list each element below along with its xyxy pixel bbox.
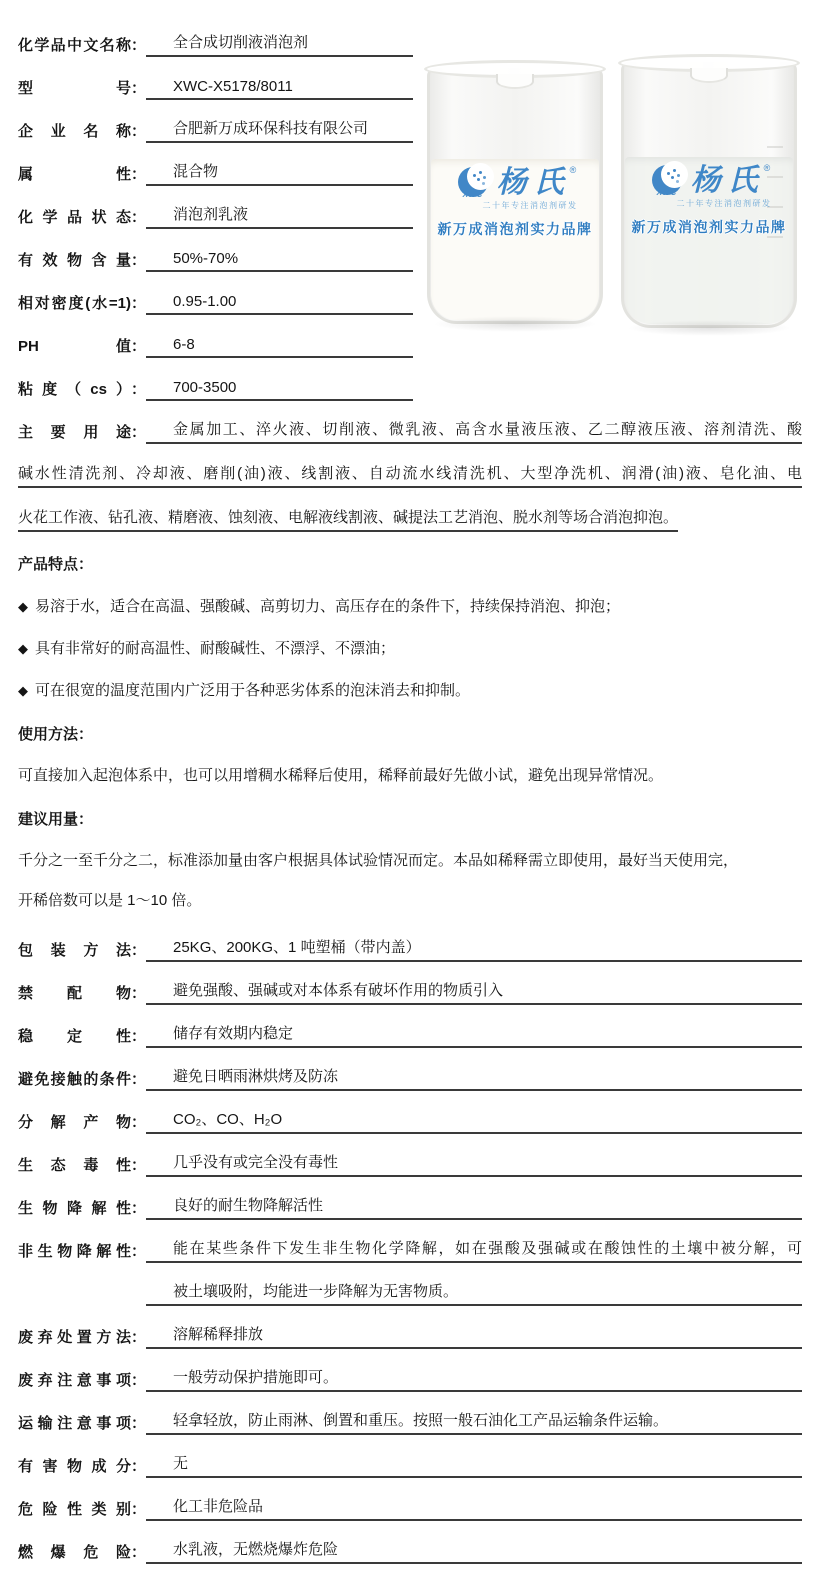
field-value: CO₂、CO、H₂O [146,1108,802,1134]
field-value: 全合成切削液消泡剂 [146,31,413,57]
field-label: 化学品状态： [18,206,146,229]
label-colon: ： [131,120,146,141]
beaker-spout-icon [690,68,728,83]
label-colon: ： [131,1455,146,1476]
field-label: 型号： [18,77,146,100]
field-label: 相对密度(水=1)： [18,292,146,315]
label-colon: ： [131,1412,146,1433]
field-value: 轻拿轻放，防止雨淋、倒置和重压。按照一般石油化工产品运输条件运输。 [146,1409,802,1435]
brand-logo: XWC 杨氏 ® 二十年专注消泡剂研发 新万成消泡剂实力品牌 [621,165,797,237]
label-colon: ： [131,1068,146,1089]
field-value: 一般劳动保护措施即可。 [146,1366,802,1392]
field-value: 0.95-1.00 [146,293,413,315]
field-label: 危险性类别： [18,1498,146,1521]
field-value: 储存有效期内稳定 [146,1022,802,1048]
field-value: 50%-70% [146,250,413,272]
field-row: 化学品状态：消泡剂乳液 [18,186,413,229]
field-row-nonbio-cont: 被土壤吸附，均能进一步降解为无害物质。 [18,1263,802,1306]
section-heading-features: 产品特点： [18,554,802,576]
field-row: 粘度（cs）：700-3500 [18,358,413,401]
field-label: 属性： [18,163,146,186]
field-row: 运输注意事项：轻拿轻放，防止雨淋、倒置和重压。按照一般石油化工产品运输条件运输。 [18,1392,802,1435]
field-label: 企业名称： [18,120,146,143]
field-row: 废弃处置方法：溶解稀释排放 [18,1306,802,1349]
label-colon: ： [131,249,146,270]
brand-tagline-small: 二十年专注消泡剂研发 [651,198,797,209]
field-value: 700-3500 [146,379,413,401]
brand-tagline-main: 新万成消泡剂实力品牌 [427,219,603,239]
beaker-right-clear: XWC 杨氏 ® 二十年专注消泡剂研发 新万成消泡剂实力品牌 [621,56,797,328]
diamond-bullet-icon: ◆ [18,680,28,702]
field-value: 消泡剂乳液 [146,203,413,229]
field-label: 避免接触的条件： [18,1068,146,1091]
field-row: 避免接触的条件：避免日晒雨淋烘烤及防冻 [18,1048,802,1091]
field-value: 被土壤吸附，均能进一步降解为无害物质。 [146,1280,802,1306]
field-row: 型号：XWC-X5178/8011 [18,57,413,100]
brand-logo: XWC 杨氏 ® 二十年专注消泡剂研发 新万成消泡剂实力品牌 [427,167,603,239]
crescent-moon-icon: XWC [454,167,492,199]
field-value: 能在某些条件下发生非生物化学降解，如在强酸及强碱或在酸蚀性的土壤中被分解，可 [146,1237,802,1263]
field-row: 有害物成分：无 [18,1435,802,1478]
label-colon: ： [131,982,146,1003]
feature-text: 易溶于水，适合在高温、强酸碱、高剪切力、高压存在的条件下，持续保持消泡、抑泡； [35,596,620,618]
brand-tagline-small: 二十年专注消泡剂研发 [457,200,603,211]
product-photo-area: XWC 杨氏 ® 二十年专注消泡剂研发 新万成消泡剂实力品牌 [413,14,802,401]
field-row: 生物降解性：良好的耐生物降解活性 [18,1177,802,1220]
field-row: 燃爆危险：水乳液，无燃烧爆炸危险 [18,1521,802,1564]
brand-name: 杨氏 [497,168,571,198]
label-colon: ： [131,1154,146,1175]
main-use-wrap-line: 火花工作液、钻孔液、精磨液、蚀刻液、电解液线割液、碱提法工艺消泡、脱水剂等场合消… [18,488,802,532]
label-colon: ： [131,1111,146,1132]
field-value: 无 [146,1452,802,1478]
brand-tagline-main: 新万成消泡剂实力品牌 [621,217,797,237]
field-row: 稳定性：储存有效期内稳定 [18,1005,802,1048]
field-label: 废弃注意事项： [18,1369,146,1392]
label-colon: ： [131,1326,146,1347]
field-value: 金属加工、淬火液、切削液、微乳液、高含水量液压液、乙二醇液压液、溶剂清洗、酸 [146,418,802,444]
label-colon: ： [131,939,146,960]
dosage-paragraph-line: 开稀倍数可以是 1～10 倍。 [18,890,802,912]
label-colon: ： [131,1369,146,1390]
field-row: 禁配物：避免强酸、强碱或对本体系有破坏作用的物质引入 [18,962,802,1005]
field-row: 生态毒性：几乎没有或完全没有毒性 [18,1134,802,1177]
field-row: 危险性类别：化工非危险品 [18,1478,802,1521]
dosage-paragraph-line: 千分之一至千分之二，标准添加量由客户根据具体试验情况而定。本品如稀释需立即使用，… [18,850,802,872]
field-row: PH值：6-8 [18,315,413,358]
field-value: 溶解稀释排放 [146,1323,802,1349]
field-row: 相对密度(水=1)：0.95-1.00 [18,272,413,315]
top-fields: 化学品中文名称：全合成切削液消泡剂型号：XWC-X5178/8011企业名称：合… [18,14,413,401]
crescent-moon-icon: XWC [648,165,686,197]
section-heading-dosage: 建议用量： [18,809,802,831]
label-colon: ： [131,378,146,399]
label-colon: ： [131,421,146,442]
label-colon: ： [131,1541,146,1562]
field-value: 避免强酸、强碱或对本体系有破坏作用的物质引入 [146,979,802,1005]
registered-mark: ® [764,163,771,173]
field-label: 分解产物： [18,1111,146,1134]
feature-item: ◆具有非常好的耐高温性、耐酸碱性、不漂浮、不漂油； [18,638,802,660]
label-colon: ： [131,1240,146,1261]
section-heading-usage: 使用方法： [18,724,802,746]
label-colon: ： [131,1025,146,1046]
product-datasheet: 化学品中文名称：全合成切削液消泡剂型号：XWC-X5178/8011企业名称：合… [0,0,830,1564]
field-label: 生态毒性： [18,1154,146,1177]
field-row: 废弃注意事项：一般劳动保护措施即可。 [18,1349,802,1392]
field-value: 25KG、200KG、1 吨塑桶（带内盖） [146,936,802,962]
label-colon: ： [131,34,146,55]
field-value: 6-8 [146,336,413,358]
field-row: 企业名称：合肥新万成环保科技有限公司 [18,100,413,143]
field-row: 属性：混合物 [18,143,413,186]
label-colon: ： [131,292,146,313]
registered-mark: ® [570,165,577,175]
feature-item: ◆易溶于水，适合在高温、强酸碱、高剪切力、高压存在的条件下，持续保持消泡、抑泡； [18,596,802,618]
main-use-wrap-line: 碱水性清洗剂、冷却液、磨削(油)液、线割液、自动流水线清洗机、大型净洗机、润滑(… [18,444,802,488]
field-row-main-use: 主要用途： 金属加工、淬火液、切削液、微乳液、高含水量液压液、乙二醇液压液、溶剂… [18,401,802,444]
diamond-bullet-icon: ◆ [18,638,28,660]
field-value: 合肥新万成环保科技有限公司 [146,117,413,143]
label-colon: ： [131,1197,146,1218]
top-section: 化学品中文名称：全合成切削液消泡剂型号：XWC-X5178/8011企业名称：合… [18,14,802,401]
field-value: 良好的耐生物降解活性 [146,1194,802,1220]
label-colon: ： [131,335,146,356]
field-row-nonbio: 非生物降解性： 能在某些条件下发生非生物化学降解，如在强酸及强碱或在酸蚀性的土壤… [18,1220,802,1263]
feature-text: 具有非常好的耐高温性、耐酸碱性、不漂浮、不漂油； [35,638,395,660]
field-value: XWC-X5178/8011 [146,78,413,100]
field-label: 稳定性： [18,1025,146,1048]
field-value: 避免日晒雨淋烘烤及防冻 [146,1065,802,1091]
label-colon: ： [131,1498,146,1519]
bubble-dots-icon [473,174,476,177]
label-colon: ： [131,77,146,98]
field-row: 有效物含量：50%-70% [18,229,413,272]
bubble-dots-icon [667,172,670,175]
beaker-spout-icon [496,74,534,89]
field-row: 包装方法：25KG、200KG、1 吨塑桶（带内盖） [18,919,802,962]
field-value: 几乎没有或完全没有毒性 [146,1151,802,1177]
feature-text: 可在很宽的温度范围内广泛用于各种恶劣体系的泡沫消去和抑制。 [35,680,470,702]
field-label: 有效物含量： [18,249,146,272]
field-label: 燃爆危险： [18,1541,146,1564]
feature-list: ◆易溶于水，适合在高温、强酸碱、高剪切力、高压存在的条件下，持续保持消泡、抑泡；… [18,596,802,702]
field-label: 化学品中文名称： [18,34,146,57]
field-row: 分解产物：CO₂、CO、H₂O [18,1091,802,1134]
label-colon: ： [131,163,146,184]
field-label: 废弃处置方法： [18,1326,146,1349]
usage-paragraph: 可直接加入起泡体系中，也可以用增稠水稀释后使用，稀释前最好先做小试，避免出现异常… [18,765,802,787]
field-label: PH值： [18,335,146,358]
field-label: 有害物成分： [18,1455,146,1478]
field-value: 混合物 [146,160,413,186]
field-label: 生物降解性： [18,1197,146,1220]
field-value: 水乳液，无燃烧爆炸危险 [146,1538,802,1564]
field-label: 运输注意事项： [18,1412,146,1435]
field-label: 粘度（cs）： [18,378,146,401]
diamond-bullet-icon: ◆ [18,596,28,618]
brand-name: 杨氏 [691,166,765,196]
product-photo: XWC 杨氏 ® 二十年专注消泡剂研发 新万成消泡剂实力品牌 [425,42,807,342]
bottom-fields-a: 包装方法：25KG、200KG、1 吨塑桶（带内盖）禁配物：避免强酸、强碱或对本… [18,919,802,1220]
field-label: 主要用途： [18,421,146,444]
field-label: 禁配物： [18,982,146,1005]
field-value: 化工非危险品 [146,1495,802,1521]
field-label: 非生物降解性： [18,1240,146,1263]
feature-item: ◆可在很宽的温度范围内广泛用于各种恶劣体系的泡沫消去和抑制。 [18,680,802,702]
field-row: 化学品中文名称：全合成切削液消泡剂 [18,14,413,57]
field-label: 包装方法： [18,939,146,962]
bottom-fields-b: 废弃处置方法：溶解稀释排放废弃注意事项：一般劳动保护措施即可。运输注意事项：轻拿… [18,1306,802,1564]
beaker-left-emulsion: XWC 杨氏 ® 二十年专注消泡剂研发 新万成消泡剂实力品牌 [427,62,603,324]
label-colon: ： [131,206,146,227]
